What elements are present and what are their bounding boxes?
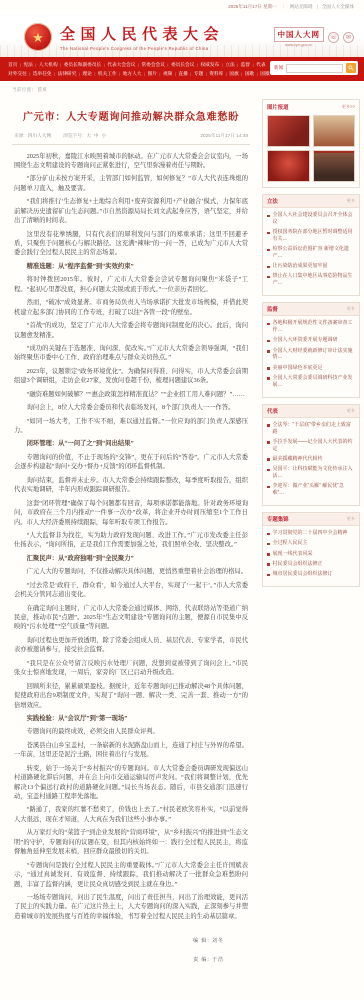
mobile-icon[interactable]: ☏ (328, 32, 339, 43)
nav-item[interactable]: 视频 (163, 71, 172, 77)
list-item: 全过程人民民主 (267, 540, 355, 547)
nav-item[interactable]: 立法 (225, 62, 234, 68)
more-link[interactable]: 更多 (347, 516, 355, 522)
sidebar-link[interactable]: 全国人大常委会委员调研科技产业发展… (273, 375, 356, 389)
list-item: 美丽中国绿色本底更足 (267, 365, 355, 372)
photo-thumbnail[interactable] (313, 115, 356, 147)
article-paragraph: 这里没有花拳绣腿，只有代表们的犀利发问与部门的郑重承诺；这里不回避矛盾，只聚焦于… (14, 230, 248, 258)
bullet-icon (267, 458, 270, 461)
nav-item[interactable]: 国歌 (245, 71, 254, 77)
article-paragraph: 苍溪县白山乡宝盖村，一条崭新的水泥路盘山而上，连通了村庄与外界的希望。一年前，这… (14, 741, 248, 760)
list-item: 城市居民委员会组织法修订 (267, 571, 355, 578)
article: 广元市：人大专题询问推动解决群众急难愁盼 来源: 四川人大网 浏览字号: 大 中… (6, 99, 256, 975)
nav-item[interactable]: 地方人大 (123, 71, 142, 77)
nav-item[interactable]: 宪法 (23, 62, 32, 68)
site-url: www.npc.gov.cn (274, 43, 325, 47)
article-paragraph: 然而，“破冰”成效显著。市商务局负责人当场承诺扩大批发市场规模，并借此契机建立起… (14, 298, 248, 317)
sidebar-link[interactable]: 展现一线代表风采 (273, 551, 313, 558)
photo-thumbnail[interactable] (267, 115, 310, 147)
article-paragraph: “我们将推行‘生态修复+土地综合利用+废弃资源利用+产业融合’模式，力保年底前解… (14, 197, 248, 225)
article-paragraph: “人大监督非为找茬，实为助力政府发现问题、改进工作。”广元市发改委主任彭仕扬表示… (14, 531, 248, 550)
article-paragraph: “成功的关键在于选题准、询问深、促改实。”广元市人大常委会领导强调，“我们始终聚… (14, 344, 248, 363)
list-item: 各地积极开展规范性文件备案审查工作… (267, 320, 355, 334)
section-title: 监督 (267, 305, 278, 313)
divider: ｜ (281, 4, 286, 10)
list-item: 检察公益诉讼范围扩容 新增文化遗产… (267, 246, 355, 260)
list-item: 禁止在人口集中地区从事危险物品生产… (267, 273, 355, 287)
page: 2025年11月17日 星期一 ｜ 网站无障碍 | 全国人大全媒体 ★ 全国人民… (0, 0, 364, 1000)
sidebar-link[interactable]: 村民委员会组织法修正 (273, 561, 323, 568)
nav-item[interactable]: 专题 (194, 71, 203, 77)
site-title: 全国人民代表大会 (60, 23, 224, 44)
article-meta: 来源: 四川人大网 浏览字号: 大 中 小 2025年11月17日 14:48 (12, 133, 250, 145)
breadcrumb: 当前位置： 首页 (0, 81, 364, 97)
article-paragraph: 广元人大的专题询问，不仅推动解决具体问题，更悄然重塑着社会治理的格局。 (14, 567, 248, 576)
bullet-icon (267, 367, 270, 370)
list-item: 李迎军：做产业“头雁” 解民忧“急难”… (267, 483, 355, 497)
nav-item[interactable]: 代表 (256, 62, 265, 68)
editor-byline: 编 辑: 刘冬 (12, 937, 224, 944)
bullet-icon (267, 574, 270, 577)
bullet-icon (267, 424, 270, 427)
article-paragraph: “过去常是‘政府干、群众看’，如今通过人大平台，实现了‘一起干’。”市人大常委会… (14, 581, 248, 600)
article-paragraph: “首战”的成功，坚定了广元市人大常委会将专题询问制度化的决心。此后，询问议题愈发… (14, 321, 248, 340)
nav-item[interactable]: 理论 (82, 71, 91, 77)
breadcrumb-home[interactable]: 首页 (37, 88, 47, 93)
article-paragraph: 从万家灯火的“菜篮子”到企业发展的“营商环境”，从“乡村振兴”的推进到“生态文明… (14, 828, 248, 856)
nav-item[interactable]: 图片 (148, 71, 157, 77)
sidebar-link[interactable]: 李迎军：做产业“头雁” 解民忧“急难”… (273, 483, 356, 497)
article-paragraph: 询问会上，8位人大常委会委员和代表临场发问，8个部门负责人一一作答。 (14, 403, 248, 412)
nav-item[interactable]: 法律研究 (58, 71, 77, 77)
article-paragraph: “融资难题如何破解？”“惠企政策怎样精准直达？”“企业招工用人难问题？”…… (14, 390, 248, 399)
nav-item[interactable]: 常委会会议 (141, 62, 164, 68)
bullet-icon (267, 266, 270, 269)
article-paragraph: 闭环管理：从“一问了之”到“问出结果” (14, 439, 248, 448)
article-paragraph: 一场场专题询问，问出了民生温度，问出了责任担当，问出了治理效能，更问活了民主的实… (14, 893, 248, 921)
nav-item[interactable]: 权威发布 (200, 62, 219, 68)
article-paragraph: 在确定询问主题时，广元市人大常委会通过媒体、网络、代表联络站等渠道广纳民意，推动… (14, 604, 248, 632)
breadcrumb-label: 当前位置： (12, 88, 36, 93)
bullet-icon (267, 486, 270, 489)
more-link[interactable]: 更多 (347, 198, 355, 204)
mail-icon[interactable]: ✉ (343, 32, 354, 43)
photo-thumbnail[interactable] (313, 150, 356, 182)
sidebar-section-topics: 专题集锦 更多 学习贯彻党的二十届四中全会精神全过程人民民主展现一线代表风采村民… (262, 512, 360, 587)
bullet-icon (267, 543, 270, 546)
sidebar-link[interactable]: 仝法琴：“千层底”带乡亲们走上致富路 (273, 422, 356, 436)
search-icon (348, 65, 354, 71)
bullet-icon (267, 350, 270, 353)
list-item: 仝法琴：“千层底”带乡亲们走上致富路 (267, 422, 355, 436)
list-item: 全国人大社会建设委员会召开全体会议 (267, 212, 355, 226)
bullet-icon (267, 533, 270, 536)
source-link[interactable]: 四川人大网 (28, 133, 51, 139)
article-paragraph: 汇聚民声：从“政府独唱”到“全民聚力” (14, 554, 248, 563)
article-paragraph: “部分矿山未按方案开采，主管部门如何监管，如何修复？”市人大代表连珠炮的问题单刀… (14, 174, 248, 193)
article-paragraph: “专题询问是践行全过程人民民主的重要载体。”广元市人大常委会主任许国斌表示，“通… (14, 861, 248, 889)
sidebar-section-deputies: 代表 更多 仝法琴：“千层底”带乡亲们走上致富路手拉手发展——记全国人大代表的约… (262, 404, 360, 506)
nav-item[interactable]: 国徽 (260, 71, 269, 77)
nav-item[interactable]: 人大机构 (39, 62, 58, 68)
font-size-label: 浏览字号: (63, 133, 83, 139)
photo-more-link[interactable]: 更多>> (342, 104, 355, 110)
npc-web-logo[interactable]: 中国人大网 www.npc.gov.cn (274, 27, 325, 47)
list-item: 授权国务院在部分地区暂时调整适用有关… (267, 229, 355, 243)
nav-item[interactable]: 首页 (8, 62, 17, 68)
list-item: 让污染防治成果更加牢固 (267, 263, 355, 270)
sidebar-link[interactable]: 禁止在人口集中地区从事危险物品生产… (273, 273, 356, 287)
sidebar-link[interactable]: 城市居民委员会组织法修订 (273, 571, 333, 578)
sidebar-link[interactable]: 全过程人民民主 (273, 540, 308, 547)
article-paragraph: 询问过程也更加开放透明，除了常委会组成人员、基层代表、专家学者，市民代表亦被邀请… (14, 636, 248, 655)
nav-item[interactable]: 机关工作 (98, 71, 117, 77)
bullet-icon (267, 563, 270, 566)
sidebar-link[interactable]: 全国人大财经委就新修订审计法实施情… (273, 348, 356, 362)
list-item: 全国人大环资委开展专题调研 (267, 337, 355, 344)
section-title: 专题集锦 (267, 515, 289, 523)
nav-item[interactable]: 监督 (241, 62, 250, 68)
byline: 编 辑: 刘冬 责 编: 于浩 (12, 937, 250, 963)
list-item: 全国人大常委会委员调研科技产业发展… (267, 375, 355, 389)
photo-grid (263, 113, 359, 187)
nav-item[interactable]: 直播 (178, 71, 187, 77)
list-item: 最美援藏精神代代相传 (267, 456, 355, 463)
article-paragraph: 专题询问的价值，不止于现场的“交锋”，更在于问后的“答卷”。广元市人大常委会逐步… (14, 453, 248, 472)
section-title: 代表 (267, 407, 278, 415)
sidebar-link[interactable]: 全国人大环资委开展专题调研 (273, 337, 338, 344)
font-size-small[interactable]: 小 (102, 133, 107, 139)
nav-item[interactable]: 选举任免 (33, 71, 52, 77)
article-body: 2025年初秋，嘉陵江水映照着城市的脉动。在广元市人大常委会会议室内，一场围绕生… (12, 145, 250, 922)
article-paragraph: 询问结束，监督并未止步。市人大常委会持续跟踪整改，每季度听取报告，组织代表实地调… (14, 476, 248, 495)
photo-report-box: 图片报道 更多>> (262, 99, 360, 188)
font-size-large[interactable]: 大 (86, 133, 91, 139)
search-label: 新闻 (274, 65, 283, 71)
search-button[interactable] (346, 63, 356, 73)
article-paragraph: “如同一场大考，工作不实不细，难以通过监督。”一位应询的部门负责人深感压力。 (14, 417, 248, 436)
article-paragraph: 回顾所来径，累累硕果盈枝。据统计，近年专题询问已推动解决48个具体问题，促使政府… (14, 682, 248, 710)
list-item: 学习贯彻党的二十届四中全会精神 (267, 530, 355, 537)
photo-section-title: 图片报道 (267, 103, 289, 111)
publish-datetime: 2025年11月17日 14:48 (200, 133, 248, 139)
bullet-icon (267, 276, 270, 279)
search-input[interactable] (286, 64, 343, 73)
header-right: 中国人大网 www.npc.gov.cn ☏ ✉ (274, 27, 355, 47)
sidebar-link[interactable]: 检察公益诉讼范围扩容 新增文化遗产… (273, 246, 356, 260)
list-item: 村民委员会组织法修正 (267, 561, 355, 568)
photo-thumbnail[interactable] (267, 150, 310, 182)
bullet-icon (267, 553, 270, 556)
sidebar-link[interactable]: 美丽中国绿色本底更足 (273, 365, 323, 372)
bullet-icon (267, 249, 270, 252)
nav-item[interactable]: 代表大会会议 (107, 62, 135, 68)
source-label: 来源: (14, 133, 25, 139)
bullet-icon (267, 215, 270, 218)
article-paragraph: “我只是在公众号留言反映污水处理厂问题，没想到竟被带到了询问会上。”市民张女士惊… (14, 659, 248, 678)
sidebar-section-legislation: 立法 更多 全国人大社会建设委员会召开全体会议授权国务院在部分地区暂时调整适用有… (262, 194, 360, 296)
article-paragraph: 专题询问的最终成效，必须交由人民群众评判。 (14, 727, 248, 736)
sidebar-link[interactable]: 各地积极开展规范性文件备案审查工作… (273, 320, 356, 334)
sidebar-section-supervision: 监督 更多 各地积极开展规范性文件备案审查工作…全国人大环资委开展专题调研全国人… (262, 302, 360, 398)
top-utility-bar: 2025年11月17日 星期一 ｜ 网站无障碍 | 全国人大全媒体 (0, 0, 364, 13)
more-link[interactable]: 更多 (347, 408, 355, 414)
sidebar-link[interactable]: 最美援藏精神代代相传 (273, 456, 323, 463)
nav-item[interactable]: 委员长会议 (171, 62, 194, 68)
bullet-icon (267, 441, 270, 444)
list-item: 展现一线代表风采 (267, 551, 355, 558)
search-panel: 新闻 (270, 61, 358, 75)
bullet-icon (267, 377, 270, 380)
sidebar: 图片报道 更多>> 立法 更多 全国人大社会建设委员会召开全体会议授权国务院 (262, 99, 360, 975)
nav-item[interactable]: 委员长和副委员长 (64, 62, 102, 68)
sidebar-link[interactable]: 吴国平：让科技赋能为文化传承注入活… (273, 466, 356, 480)
article-paragraph: 2023年，议题锁定“政务环境优化”。为确保问得准、问得实，市人大常委会前期组建… (14, 367, 248, 386)
more-link[interactable]: 更多 (347, 306, 355, 312)
list-item: 吴国平：让科技赋能为文化传承注入活… (267, 466, 355, 480)
font-size-medium[interactable]: 中 (94, 133, 99, 139)
sidebar-link[interactable]: 手拉手发展——记全国人大代表的约定 (273, 439, 356, 453)
duty-editor-byline: 责 编: 于浩 (12, 956, 224, 963)
sidebar-link[interactable]: 让污染防治成果更加牢固 (273, 263, 328, 270)
sidebar-link[interactable]: 授权国务院在部分地区暂时调整适用有关… (273, 229, 356, 243)
bullet-icon (267, 232, 270, 235)
article-paragraph: 将时钟拨回2015年。彼时，广元市人大常委会尝试专题询问聚焦“米袋子”工程。“起… (14, 275, 248, 294)
article-paragraph: 这套“闭环管理”确保了每个问题都有回音，每项承诺都能落地。针对政务环境询问，市政… (14, 499, 248, 527)
star-icon: ★ (32, 31, 44, 44)
article-paragraph: 转变，始于一场关于“乡村振兴”的专题询问。市人大常委会委员调研发现偏远山村道路硬… (14, 764, 248, 802)
bullet-icon (267, 469, 270, 472)
nav-item[interactable]: 资料库 (209, 71, 223, 77)
bullet-icon (267, 323, 270, 326)
accessibility-link[interactable]: 网站无障碍 (290, 4, 313, 10)
section-title: 立法 (267, 197, 278, 205)
nav-item[interactable]: 对外交往 (8, 71, 27, 77)
bullet-icon (267, 340, 270, 343)
list-item: 手拉手发展——记全国人大代表的约定 (267, 439, 355, 453)
main-nav: 首页宪法人大机构委员长和副委员长代表大会会议常委会会议委员长会议权威发布立法监督… (0, 57, 364, 81)
site-header: ★ 全国人民代表大会 The National People's Congres… (0, 13, 364, 57)
current-date: 2025年11月17日 星期一 (228, 4, 277, 10)
all-media-link[interactable]: 全国人大全媒体 (322, 4, 354, 10)
list-item: 全国人大财经委就新修订审计法实施情… (267, 348, 355, 362)
divider: | (317, 4, 318, 9)
sidebar-link[interactable]: 学习贯彻党的二十届四中全会精神 (273, 530, 348, 537)
article-paragraph: “路通了，我家的红薯不愁卖了，价钱也上去了。”村民老欧笑容朴实，“以前觉得人大很… (14, 805, 248, 824)
page-title: 广元市：人大专题询问推动解决群众急难愁盼 (18, 111, 244, 125)
content-area: 广元市：人大专题询问推动解决群众急难愁盼 来源: 四川人大网 浏览字号: 大 中… (0, 97, 364, 975)
article-paragraph: 实践检验：从“会议厅”到“第一现场” (14, 714, 248, 723)
nav-item[interactable]: 国旗 (229, 71, 238, 77)
article-paragraph: 精准选题：从“程序监督”到“实效约束” (14, 262, 248, 271)
sidebar-link[interactable]: 全国人大社会建设委员会召开全体会议 (273, 212, 356, 226)
article-paragraph: 2025年初秋，嘉陵江水映照着城市的脉动。在广元市人大常委会会议室内，一场围绕生… (14, 152, 248, 171)
